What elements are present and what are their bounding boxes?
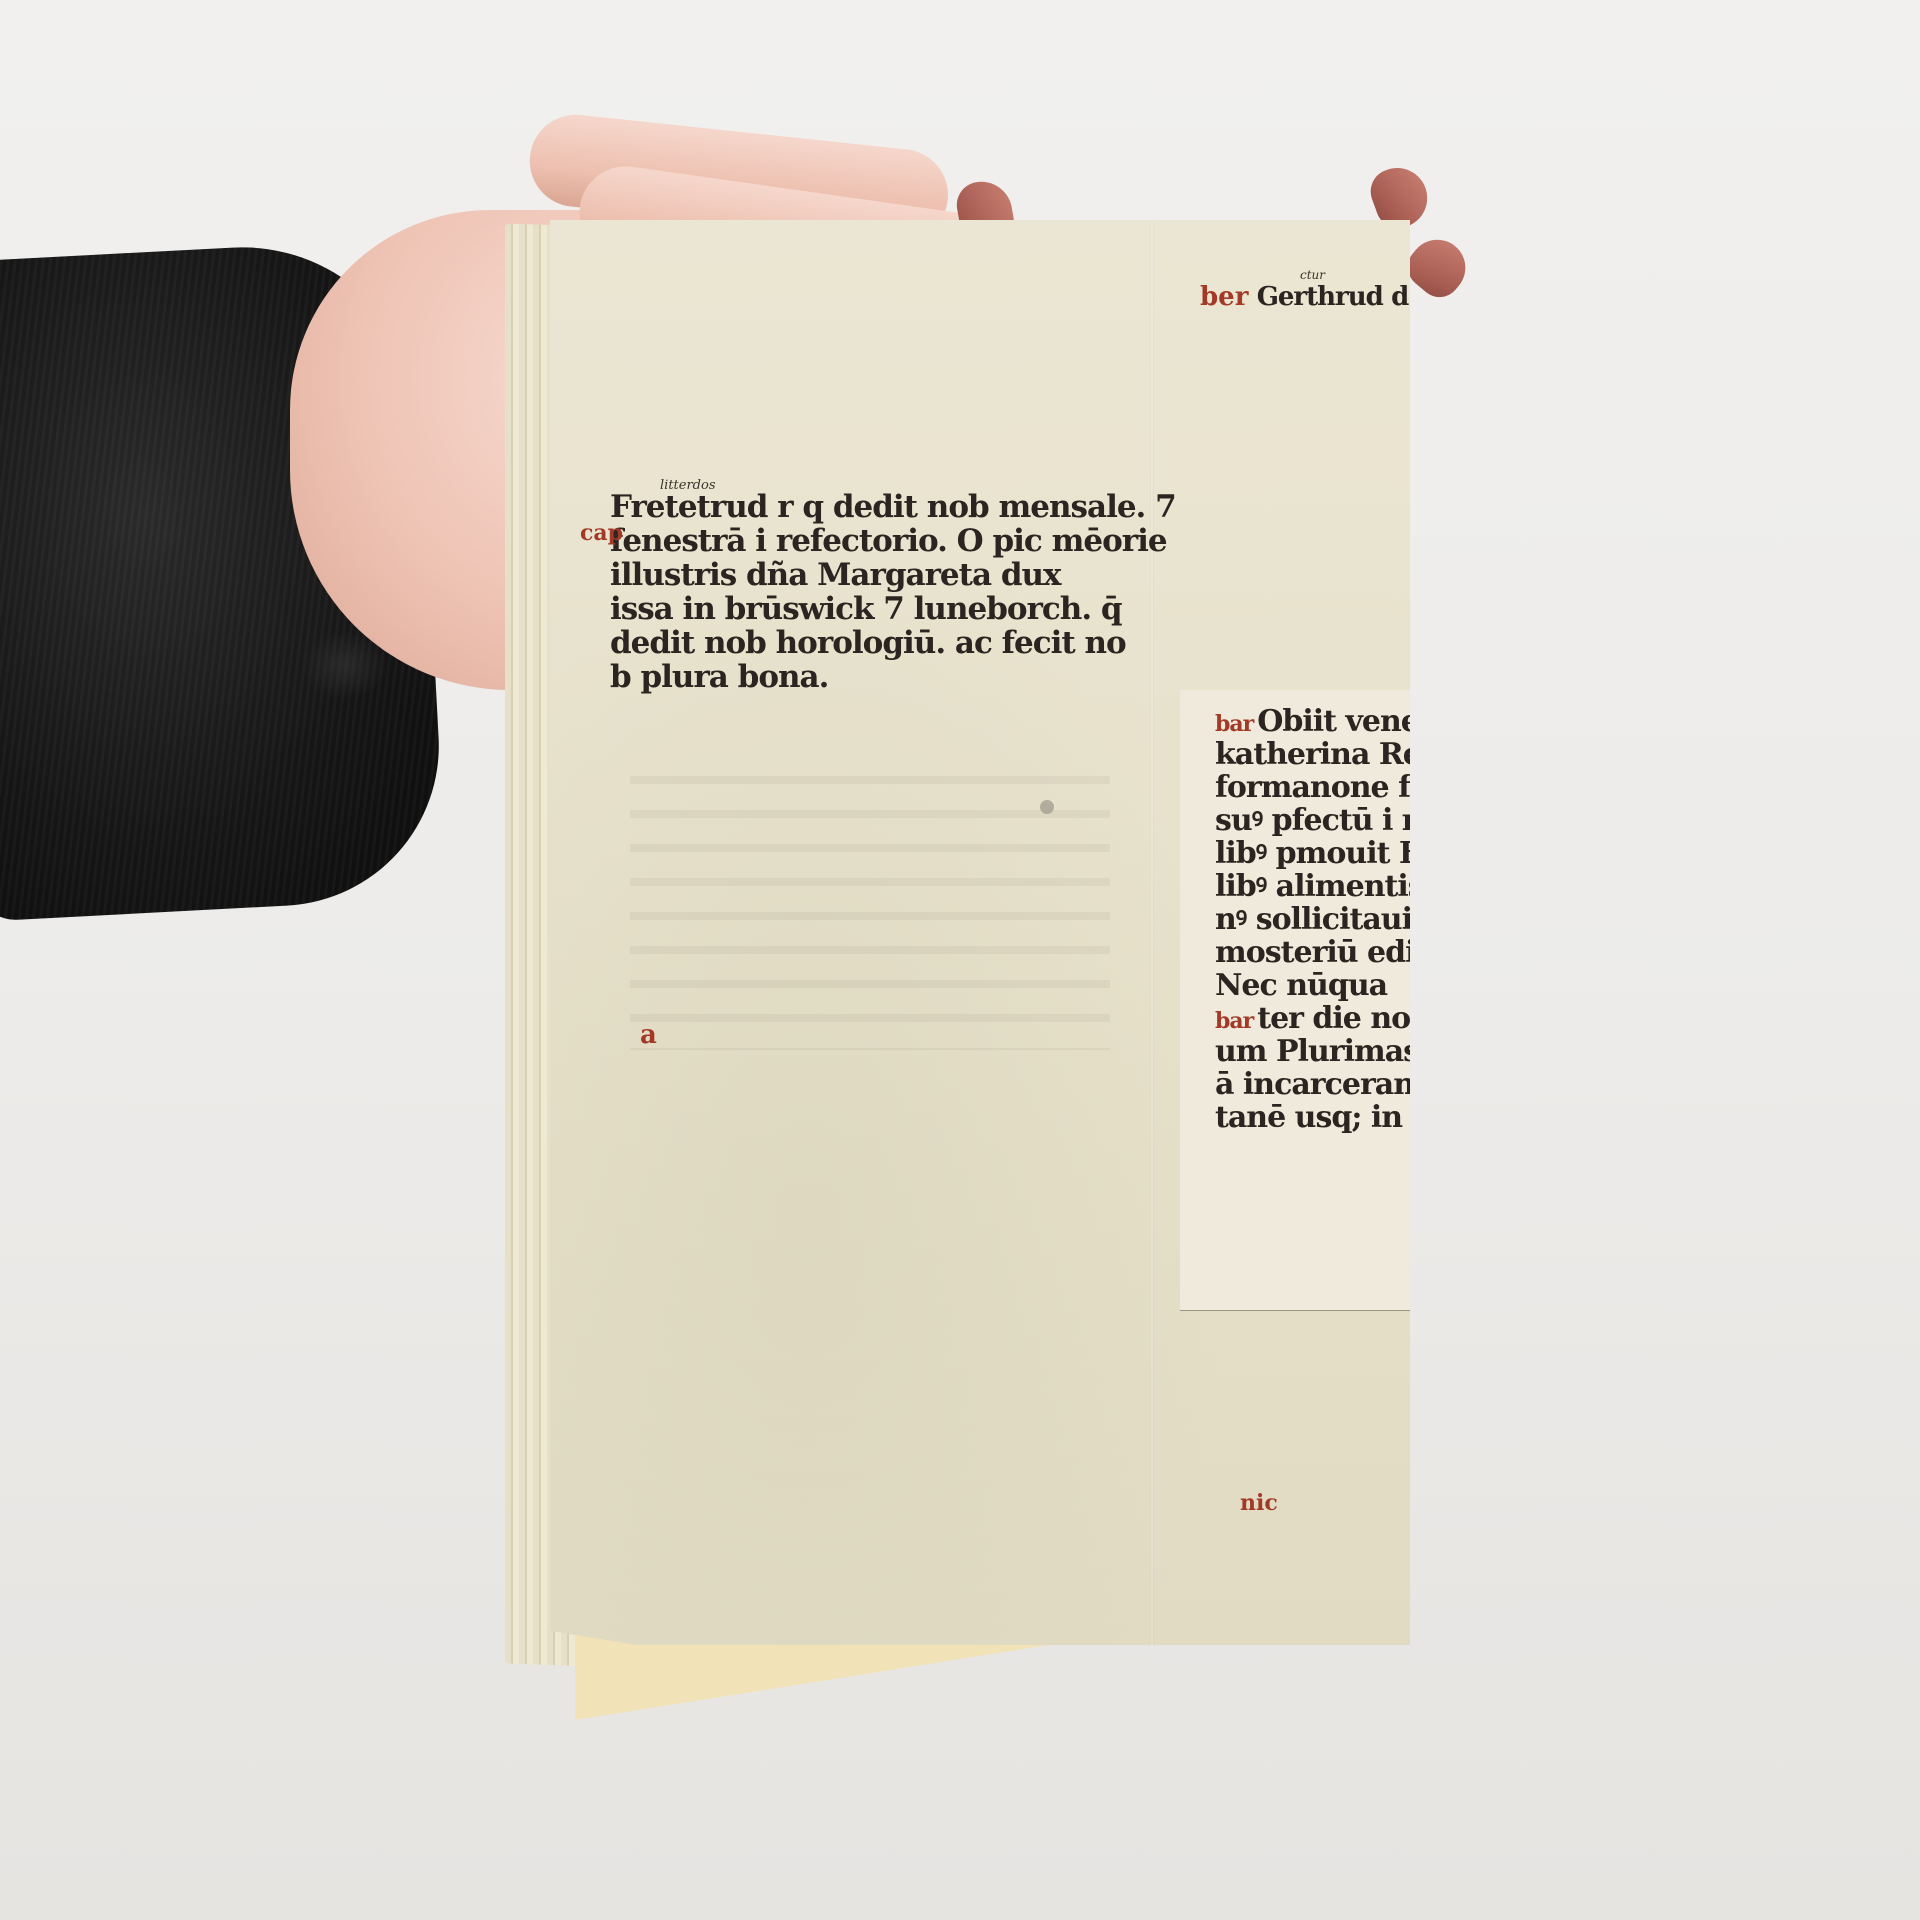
wrist-tattoo: [300, 630, 390, 700]
text-line: suꝰ pfectū i regu: [1215, 804, 1425, 837]
text-line: illustris dña Margareta dux: [610, 558, 1100, 592]
manuscript-page: ber Gerthrud ctur d cap litterdos Fretet…: [550, 220, 1410, 1645]
text-line: formanone fr̄es: [1215, 771, 1425, 804]
text-line-content: Obiit venera: [1257, 705, 1425, 739]
text-line: issa in brūswick 7 luneborch. q̄: [610, 592, 1100, 626]
ink-stain: [1040, 800, 1054, 814]
right-second-rubric: bar: [1215, 1008, 1253, 1034]
header-rubric: ber: [1200, 282, 1248, 312]
header-trailing: d: [1391, 282, 1408, 312]
header-superscript: ctur: [1300, 268, 1325, 282]
photo-scene: ber Gerthrud ctur d cap litterdos Fretet…: [0, 0, 1920, 1920]
text-line: ā incarceranone: [1215, 1068, 1425, 1101]
text-line: dedit nob horologiū. ac fecit no: [610, 626, 1100, 660]
right-margin-rubric: bar: [1215, 711, 1253, 737]
text-line: Nec nūqua: [1215, 969, 1425, 1002]
header-name: Gerthrud: [1257, 282, 1383, 312]
text-line: Fretetrud r q dedit nob mensale. 7: [610, 490, 1100, 524]
text-line: barObiit venera: [1215, 705, 1425, 738]
text-line: fenestrā i refectorio. O pic mēorie: [610, 524, 1100, 558]
footer-mark: nic: [1240, 1490, 1278, 1516]
text-line-content: ter die noct: [1257, 1001, 1425, 1036]
text-line: nꝰ sollicitauit p: [1215, 903, 1425, 936]
book: ber Gerthrud ctur d cap litterdos Fretet…: [515, 225, 1415, 1715]
text-line: mosteriū edifica: [1215, 936, 1425, 969]
text-line: um Plurimas v: [1215, 1035, 1425, 1068]
text-line: katherina Rem: [1215, 738, 1425, 771]
text-line: b plura bona.: [610, 660, 1100, 694]
left-entry: cap litterdos Fretetrud r q dedit nob me…: [610, 490, 1100, 695]
text-line: barter die noct: [1215, 1002, 1425, 1035]
text-line: tanē usq; in fine: [1215, 1101, 1425, 1134]
fold-line: [1150, 220, 1154, 1645]
margin-mark-left: a: [640, 1020, 657, 1050]
text-line: libꝰ alimentis 7 al: [1215, 870, 1425, 903]
text-line: libꝰ pmouit Et h: [1215, 837, 1425, 870]
right-entry: barObiit venera katherina Rem formanone …: [1215, 705, 1425, 1134]
faded-text-area: [630, 750, 1110, 1050]
header-right: ber Gerthrud ctur d: [1200, 282, 1408, 312]
